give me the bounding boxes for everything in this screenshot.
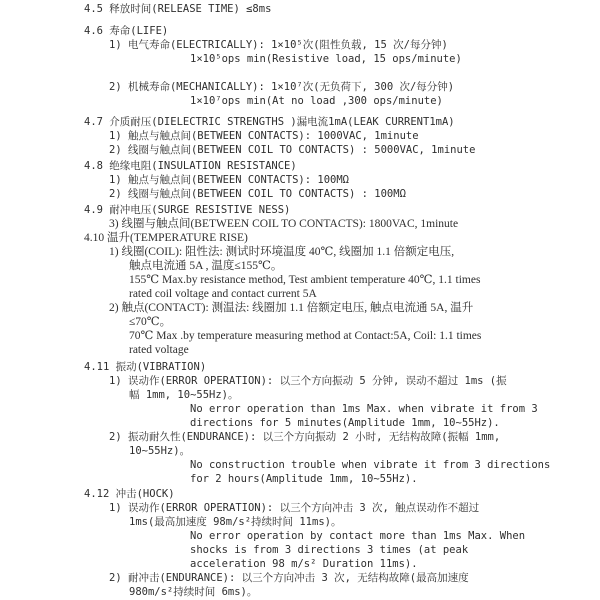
spec-line: 10~55Hz)。 [0, 444, 600, 458]
spec-line: 触点电流通 5A , 温度≤155℃。 [0, 259, 600, 273]
section-header: 4.10 温升(TEMPERATURE RISE) [0, 231, 600, 245]
spec-line: acceleration 98 m/s² Duration 11ms). [0, 557, 600, 571]
spec-line: rated voltage [0, 343, 600, 357]
spec-section: 4.9 耐冲电压(SURGE RESISTIVE NESS)3) 线圈与触点间(… [0, 203, 600, 231]
spec-line: 2) 线圈与触点间(BETWEEN COIL TO CONTACTS) : 10… [0, 187, 600, 201]
spec-line: for 2 hours(Amplitude 1mm, 10~55Hz). [0, 472, 600, 486]
spec-line: 1) 电气寿命(ELECTRICALLY): 1×10⁵次(阻性负载, 15 次… [0, 38, 600, 52]
spec-line: 1) 触点与触点间(BETWEEN CONTACTS): 1000VAC, 1m… [0, 129, 600, 143]
spec-section: 4.11 振动(VIBRATION)1) 误动作(ERROR OPERATION… [0, 360, 600, 486]
spec-line: ≤70℃。 [0, 315, 600, 329]
spec-line: shocks is from 3 directions 3 times (at … [0, 543, 600, 557]
spec-section: 4.8 绝缘电阻(INSULATION RESISTANCE)1) 触点与触点间… [0, 159, 600, 201]
section-header: 4.11 振动(VIBRATION) [0, 360, 600, 374]
spec-section: 4.5 释放时间(RELEASE TIME) ≤8ms [0, 2, 600, 16]
document-page: 4.5 释放时间(RELEASE TIME) ≤8ms4.6 寿命(LIFE)1… [0, 0, 600, 600]
section-header: 4.9 耐冲电压(SURGE RESISTIVE NESS) [0, 203, 600, 217]
spec-line: 幅 1mm, 10~55Hz)。 [0, 388, 600, 402]
spec-line: 2) 耐冲击(ENDURANCE): 以三个方向冲击 3 次, 无结构故障(最高… [0, 571, 600, 585]
section-header: 4.7 介质耐压(DIELECTRIC STRENGTHS )漏电流1mA(LE… [0, 115, 600, 129]
spec-section: 4.6 寿命(LIFE)1) 电气寿命(ELECTRICALLY): 1×10⁵… [0, 24, 600, 108]
spec-section: 4.10 温升(TEMPERATURE RISE)1) 线圈(COIL): 阻性… [0, 231, 600, 357]
spec-section: 4.12 冲击(HOCK)1) 误动作(ERROR OPERATION): 以三… [0, 487, 600, 599]
spec-line: 1×10⁷ops min(At no load ,300 ops/minute) [0, 94, 600, 108]
spec-line: rated coil voltage and contact current 5… [0, 287, 600, 301]
spec-line: 2) 线圈与触点间(BETWEEN COIL TO CONTACTS) : 50… [0, 143, 600, 157]
spec-line: 1) 误动作(ERROR OPERATION): 以三个方向振动 5 分钟, 误… [0, 374, 600, 388]
spec-line: No error operation than 1ms Max. when vi… [0, 402, 600, 416]
spec-line: directions for 5 minutes(Amplitude 1mm, … [0, 416, 600, 430]
spec-line: No error operation by contact more than … [0, 529, 600, 543]
spec-line: 1) 误动作(ERROR OPERATION): 以三个方向冲击 3 次, 触点… [0, 501, 600, 515]
section-header: 4.6 寿命(LIFE) [0, 24, 600, 38]
spec-line: 1×10⁵ops min(Resistive load, 15 ops/minu… [0, 52, 600, 66]
section-header: 4.8 绝缘电阻(INSULATION RESISTANCE) [0, 159, 600, 173]
spec-line: 155℃ Max.by resistance method, Test ambi… [0, 273, 600, 287]
spec-line: 70℃ Max .by temperature measuring method… [0, 329, 600, 343]
spec-line: 2) 机械寿命(MECHANICALLY): 1×10⁷次(无负荷下, 300 … [0, 80, 600, 94]
spec-line: 2) 触点(CONTACT): 测温法: 线圈加 1.1 倍额定电压, 触点电流… [0, 301, 600, 315]
spec-line: 1) 触点与触点间(BETWEEN CONTACTS): 100MΩ [0, 173, 600, 187]
spec-line: 3) 线圈与触点间(BETWEEN COIL TO CONTACTS): 180… [0, 217, 600, 231]
spec-section: 4.7 介质耐压(DIELECTRIC STRENGTHS )漏电流1mA(LE… [0, 115, 600, 157]
spec-line: 1) 线圈(COIL): 阻性法: 测试时环境温度 40℃, 线圈加 1.1 倍… [0, 245, 600, 259]
section-header: 4.12 冲击(HOCK) [0, 487, 600, 501]
section-header: 4.5 释放时间(RELEASE TIME) ≤8ms [0, 2, 600, 16]
spec-line: 2) 振动耐久性(ENDURANCE): 以三个方向振动 2 小时, 无结构故障… [0, 430, 600, 444]
spec-line: No construction trouble when vibrate it … [0, 458, 600, 472]
spec-line: 1ms(最高加速度 98m/s²持续时间 11ms)。 [0, 515, 600, 529]
spec-line: 980m/s²持续时间 6ms)。 [0, 585, 600, 599]
